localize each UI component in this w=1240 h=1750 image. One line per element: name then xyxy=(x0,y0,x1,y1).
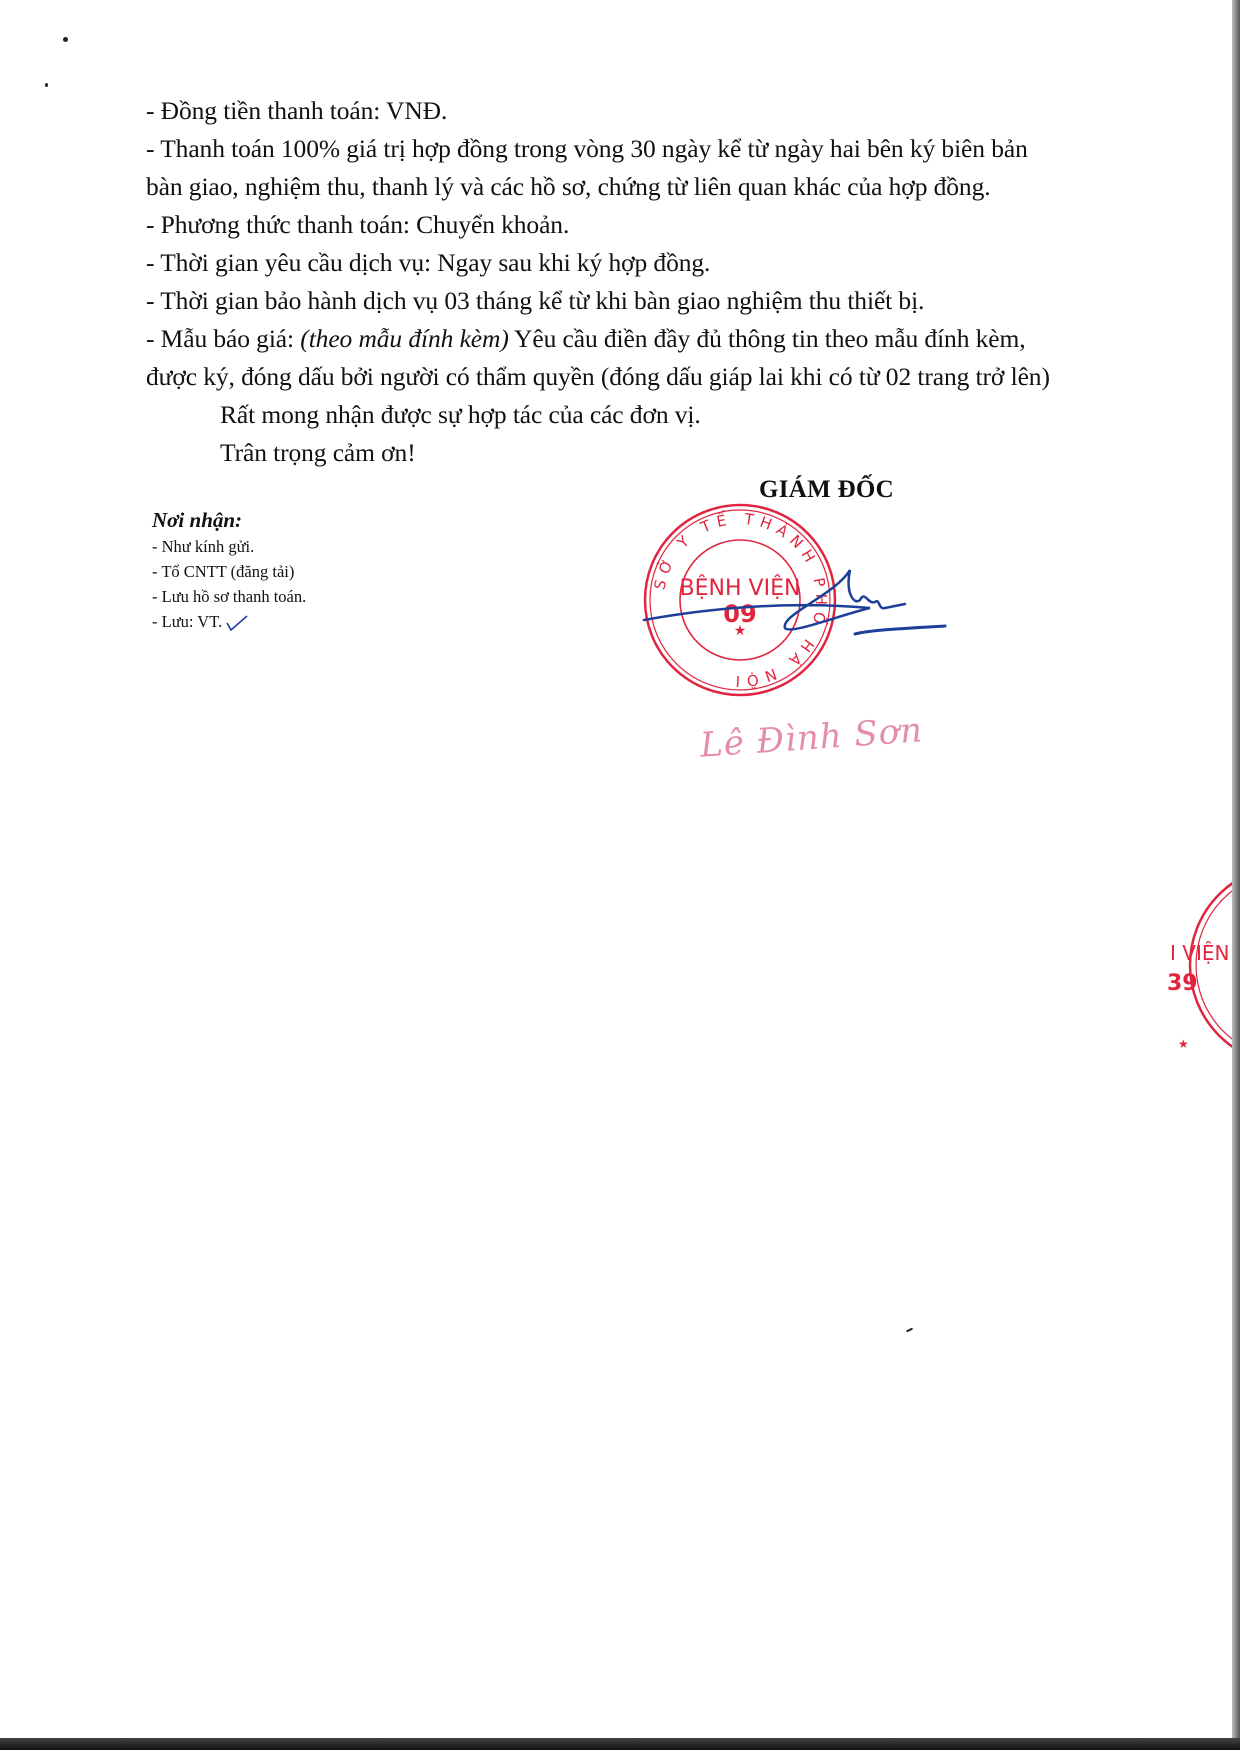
scan-bottom-edge xyxy=(0,1738,1240,1750)
body-line-quote-cont: được ký, đóng dấu bởi người có thẩm quyề… xyxy=(146,362,1050,392)
recipient-item: - Lưu hồ sơ thanh toán. xyxy=(152,587,306,607)
scan-speck xyxy=(63,37,68,42)
scan-speck xyxy=(45,83,48,87)
svg-text:★: ★ xyxy=(1178,1037,1189,1051)
svg-text:39: 39 xyxy=(1167,971,1198,996)
quote-prefix: - Mẫu báo giá: xyxy=(146,324,300,353)
handwritten-signature-icon xyxy=(640,560,960,670)
recipient-item: - Như kính gửi. xyxy=(152,537,254,557)
closing-line-2: Trân trọng cảm ơn! xyxy=(220,438,416,468)
closing-line-1: Rất mong nhận được sự hợp tác của các đơ… xyxy=(220,400,701,430)
scan-speck xyxy=(906,1328,913,1333)
initial-check-icon xyxy=(225,614,249,632)
body-line-currency: - Đồng tiền thanh toán: VNĐ. xyxy=(146,96,447,126)
body-line-payment-cont: bàn giao, nghiệm thu, thanh lý và các hồ… xyxy=(146,172,991,202)
document-page: - Đồng tiền thanh toán: VNĐ. - Thanh toá… xyxy=(0,0,1240,1750)
body-line-quote-template: - Mẫu báo giá: (theo mẫu đính kèm) Yêu c… xyxy=(146,324,1026,354)
body-line-payment: - Thanh toán 100% giá trị hợp đồng trong… xyxy=(146,134,1028,164)
recipient-item-archive: - Lưu: VT. xyxy=(152,612,249,632)
recipient-item: - Tổ CNTT (đăng tải) xyxy=(152,562,294,582)
body-line-method: - Phương thức thanh toán: Chuyển khoản. xyxy=(146,210,569,240)
recipient-item-text: - Lưu: VT. xyxy=(152,612,222,631)
recipients-title: Nơi nhận: xyxy=(152,508,242,533)
body-line-service-time: - Thời gian yêu cầu dịch vụ: Ngay sau kh… xyxy=(146,248,710,278)
quote-suffix: Yêu cầu điền đầy đủ thông tin theo mẫu đ… xyxy=(509,324,1026,353)
svg-text:I VIỆN: I VIỆN xyxy=(1170,941,1229,965)
body-line-warranty: - Thời gian bảo hành dịch vụ 03 tháng kể… xyxy=(146,286,924,316)
edge-stamp-fragment-icon: I VIỆN 39 ★ xyxy=(1140,860,1240,1070)
quote-italic-note: (theo mẫu đính kèm) xyxy=(300,324,508,353)
scan-right-edge xyxy=(1232,0,1240,1750)
signer-name: Lê Đình Sơn xyxy=(699,710,924,765)
